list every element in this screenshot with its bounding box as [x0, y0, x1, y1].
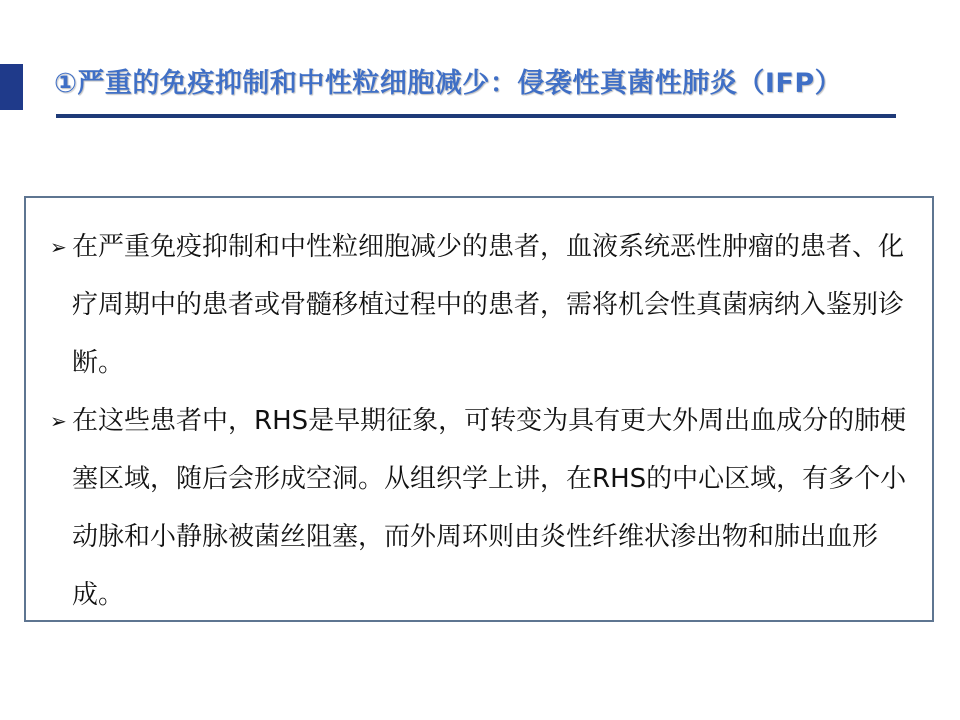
bullet-item: ➢ 在这些患者中，RHS是早期征象，可转变为具有更大外周出血成分的肺梗塞区域，随…	[50, 392, 920, 624]
content-box: ➢ 在严重免疫抑制和中性粒细胞减少的患者，血液系统恶性肿瘤的患者、化疗周期中的患…	[24, 196, 934, 622]
arrow-bullet-icon: ➢	[50, 392, 67, 450]
bullet-list: ➢ 在严重免疫抑制和中性粒细胞减少的患者，血液系统恶性肿瘤的患者、化疗周期中的患…	[50, 218, 920, 624]
title-underline	[56, 114, 896, 118]
title-accent-block	[0, 64, 23, 110]
bullet-text: 在严重免疫抑制和中性粒细胞减少的患者，血液系统恶性肿瘤的患者、化疗周期中的患者或…	[72, 232, 904, 378]
bullet-item: ➢ 在严重免疫抑制和中性粒细胞减少的患者，血液系统恶性肿瘤的患者、化疗周期中的患…	[50, 218, 920, 392]
bullet-text: 在这些患者中，RHS是早期征象，可转变为具有更大外周出血成分的肺梗塞区域，随后会…	[72, 406, 906, 610]
slide-title: ①严重的免疫抑制和中性粒细胞减少：侵袭性真菌性肺炎（IFP）	[54, 64, 954, 104]
arrow-bullet-icon: ➢	[50, 218, 67, 276]
